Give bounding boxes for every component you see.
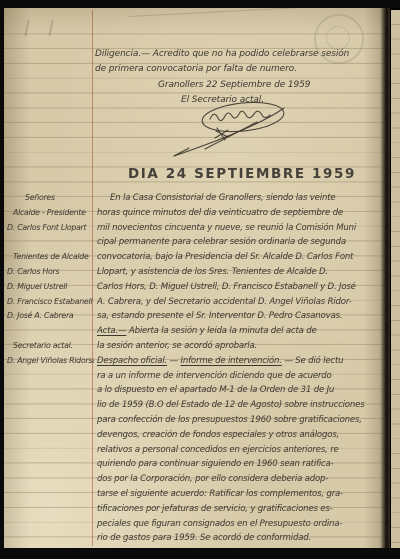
text-segment: rio de gastos para 1959. Se acordó de co…	[97, 533, 311, 543]
body-line: Acta.— Abierta la sesión y leida la minu…	[97, 324, 389, 339]
text-segment: Llopart, y asistencia de los Sres. Tenie…	[97, 267, 328, 277]
text-segment: tarse el siguiente acuerdo: Ratificar lo…	[97, 489, 343, 499]
text-segment: A. Cabrera, y del Secretario accidental …	[97, 297, 352, 307]
margin-entry: Secretario actal.	[6, 339, 94, 354]
text-segment: tificaciones por jefaturas de servicio, …	[97, 504, 333, 514]
text-segment: — Se dió lectu	[282, 356, 344, 366]
binding-gutter	[380, 0, 390, 559]
body-line: a lo dispuesto en el apartado M-1 de la …	[97, 383, 389, 398]
body-line: horas quince minutos del dia veinticuatr…	[97, 206, 389, 221]
body-line: Carlos Hors, D. Miguel Ustrell, D. Franc…	[97, 280, 389, 295]
text-segment: lio de 1959 (B.O del Estado de 12 de Ago…	[97, 400, 364, 410]
text-segment: devengos, creación de fondos especiales …	[97, 430, 339, 440]
text-segment: En la Casa Consistorial de Granollers, s…	[110, 193, 335, 203]
body-line: lio de 1959 (B.O del Estado de 12 de Ago…	[97, 398, 389, 413]
margin-spacer	[6, 324, 94, 339]
margin-entry: D. José A. Cabrera	[6, 309, 94, 324]
pencil-mark	[24, 20, 53, 36]
text-segment: la sesión anterior, se acordó aprobarla.	[97, 341, 257, 351]
text-segment: ra a un informe de intervención diciendo…	[97, 371, 332, 381]
margin-spacer	[6, 235, 94, 250]
scan-border-bottom	[0, 548, 400, 559]
body-line: la sesión anterior, se acordó aprobarla.	[97, 339, 389, 354]
body-line: sa, estando presente el Sr. Interventor …	[97, 309, 389, 324]
body-line: devengos, creación de fondos especiales …	[97, 428, 389, 443]
signature-flourish-icon	[168, 97, 303, 165]
margin-entry: Alcalde - Presidente	[6, 206, 94, 221]
text-segment: mil novecientos cincuenta y nueve, se re…	[97, 223, 356, 233]
text-segment: para confección de los presupuestos 1960…	[97, 415, 362, 425]
text-segment: Abierta la sesión y leida la minuta del …	[126, 326, 316, 336]
body-line: ra a un informe de intervención diciendo…	[97, 369, 389, 384]
body-line: tificaciones por jefaturas de servicio, …	[97, 502, 389, 517]
margin-entry: D. Carlos Font Llopart	[6, 221, 94, 236]
underlined-phrase: Despacho oficial.	[97, 356, 167, 366]
body-line: dos por la Corporación, por ello conside…	[97, 472, 389, 487]
body-line: mil novecientos cincuenta y nueve, se re…	[97, 221, 389, 236]
text-segment: quiriendo para continuar siguiendo en 19…	[97, 459, 334, 469]
text-segment: convocatoria, bajo la Presidencia del Sr…	[97, 252, 353, 262]
text-segment: sa, estando presente el Sr. Interventor …	[97, 311, 342, 321]
underlined-phrase: Informe de intervención.	[181, 356, 282, 366]
body-line: peciales que figuran consignados en el P…	[97, 517, 389, 532]
attendees-margin-list: SeñoresAlcalde - PresidenteD. Carlos Fon…	[6, 191, 94, 369]
scan-border-left	[0, 0, 4, 559]
diligencia-date: Granollers 22 Septiembre de 1959	[158, 78, 391, 93]
page-title: DIA 24 SEPTIEMBRE 1959	[128, 166, 356, 182]
text-segment: relativos a personal concedidos en ejerc…	[97, 445, 339, 455]
body-line: convocatoria, bajo la Presidencia del Sr…	[97, 250, 389, 265]
body-line: relativos a personal concedidos en ejerc…	[97, 443, 389, 458]
body-line: A. Cabrera, y del Secretario accidental …	[97, 295, 389, 310]
body-line: Despacho oficial. — Informe de intervenc…	[97, 354, 389, 369]
margin-entry: Tenientes de Alcalde	[6, 250, 94, 265]
body-line: para confección de los presupuestos 1960…	[97, 413, 389, 428]
diligencia-line: de primera convocatoria por falta de num…	[95, 62, 391, 77]
text-segment: —	[167, 356, 180, 366]
text-segment: cipal permanente para celebrar sesión or…	[97, 237, 346, 247]
scan-border-top	[0, 0, 400, 8]
margin-entry: D. Carlos Hors	[6, 265, 94, 280]
text-segment: horas quince minutos del dia veinticuatr…	[97, 208, 343, 218]
body-line: Llopart, y asistencia de los Sres. Tenie…	[97, 265, 389, 280]
body-line: tarse el siguiente acuerdo: Ratificar lo…	[97, 487, 389, 502]
diligencia-line: Diligencia.— Acredito que no ha podido c…	[95, 47, 391, 62]
text-segment: dos por la Corporación, por ello conside…	[97, 474, 328, 484]
body-line: rio de gastos para 1959. Se acordó de co…	[97, 531, 389, 546]
body-line: cipal permanente para celebrar sesión or…	[97, 235, 389, 250]
underlined-phrase: Acta.—	[97, 326, 126, 336]
text-segment: Carlos Hors, D. Miguel Ustrell, D. Franc…	[97, 282, 356, 292]
text-segment: peciales que figuran consignados en el P…	[97, 519, 342, 529]
body-line: En la Casa Consistorial de Granollers, s…	[97, 191, 389, 206]
text-segment: a lo dispuesto en el apartado M-1 de la …	[97, 385, 334, 395]
body-line: quiriendo para continuar siguiendo en 19…	[97, 457, 389, 472]
margin-entry: Señores	[6, 191, 94, 206]
next-page-edge	[391, 10, 400, 548]
minutes-body: En la Casa Consistorial de Granollers, s…	[97, 191, 389, 546]
margin-entry: D. Angel Viñolas Ridorsa	[6, 354, 94, 369]
scanned-minutes-page: Diligencia.— Acredito que no ha podido c…	[0, 0, 400, 559]
margin-entry: D. Francisco Estabanell	[6, 295, 94, 310]
margin-entry: D. Miguel Ustrell	[6, 280, 94, 295]
